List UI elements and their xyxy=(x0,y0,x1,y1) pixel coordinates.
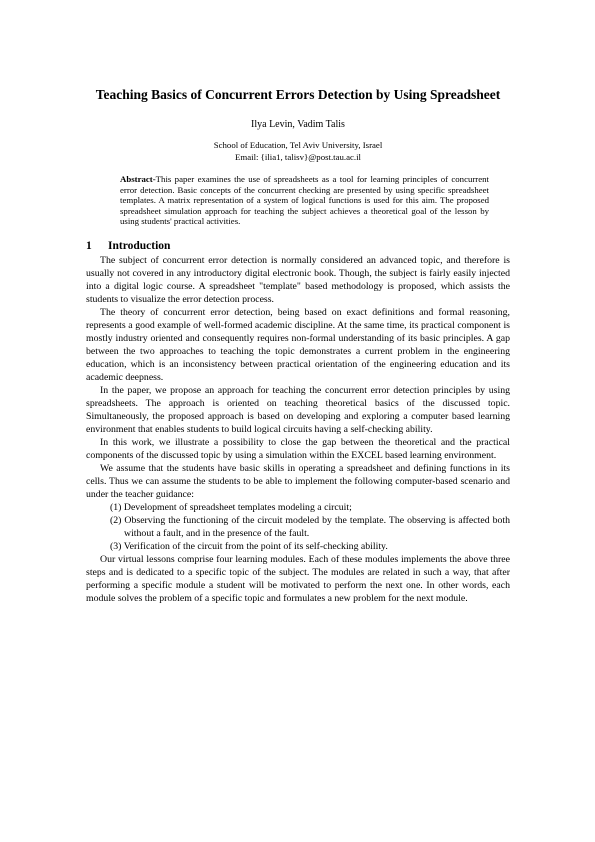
paragraph: The subject of concurrent error detectio… xyxy=(86,254,510,306)
abstract-label: Abstract- xyxy=(120,174,156,184)
paragraph: In this work, we illustrate a possibilit… xyxy=(86,436,510,462)
paper-email: Email: {ilia1, talisv}@post.tau.ac.il xyxy=(86,151,510,163)
section-body: The subject of concurrent error detectio… xyxy=(86,254,510,605)
affiliation-block: School of Education, Tel Aviv University… xyxy=(86,139,510,163)
page-content: Teaching Basics of Concurrent Errors Det… xyxy=(86,0,510,605)
paragraph: We assume that the students have basic s… xyxy=(86,462,510,501)
paragraph: The theory of concurrent error detection… xyxy=(86,306,510,384)
paper-title: Teaching Basics of Concurrent Errors Det… xyxy=(86,86,510,103)
section-heading-label: Introduction xyxy=(108,240,170,252)
paragraph: In the paper, we propose an approach for… xyxy=(86,384,510,436)
abstract: Abstract-This paper examines the use of … xyxy=(120,174,489,227)
paragraph: Our virtual lessons comprise four learni… xyxy=(86,553,510,605)
paper-page: Teaching Basics of Concurrent Errors Det… xyxy=(0,0,595,842)
paper-affiliation: School of Education, Tel Aviv University… xyxy=(86,139,510,151)
list-item: (2) Observing the functioning of the cir… xyxy=(86,514,510,540)
paper-authors: Ilya Levin, Vadim Talis xyxy=(86,119,510,131)
section-heading-introduction: 1Introduction xyxy=(86,239,510,253)
list-item: (1) Development of spreadsheet templates… xyxy=(86,501,510,514)
list-item: (3) Verification of the circuit from the… xyxy=(86,540,510,553)
section-number: 1 xyxy=(86,239,108,253)
abstract-text: This paper examines the use of spreadshe… xyxy=(120,174,489,226)
